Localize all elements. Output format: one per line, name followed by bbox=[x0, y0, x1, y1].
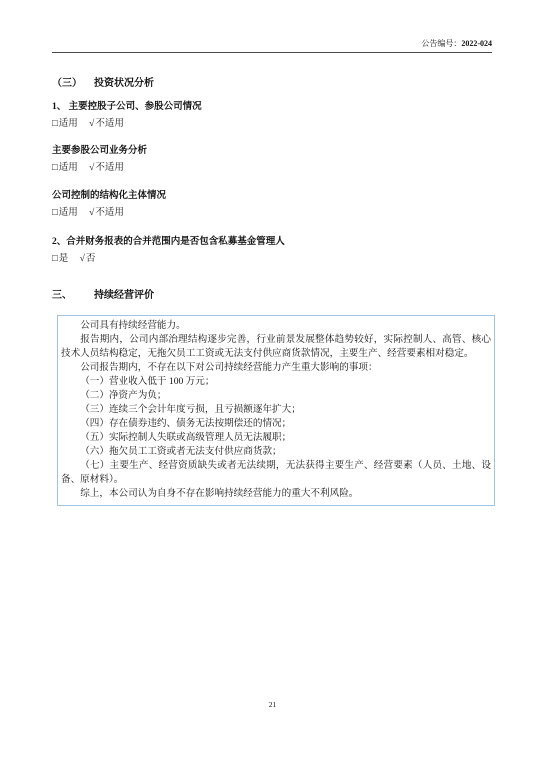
option-applicable: □适用 bbox=[52, 208, 78, 218]
check-icon: √ bbox=[89, 208, 94, 218]
box-paragraph: （七）主要生产、经营资质缺失或者无法续期，无法获得主要生产、经营要素（人员、土地… bbox=[61, 459, 491, 487]
option-label: 不适用 bbox=[95, 163, 124, 173]
section-number: （三） bbox=[52, 77, 94, 90]
option-not-applicable: √不适用 bbox=[89, 208, 124, 218]
item-title-structured-entities: 公司控制的结构化主体情况 bbox=[52, 190, 492, 202]
page-content: 公告编号：2022-024 （三）投资状况分析 1、 主要控股子公司、参股公司情… bbox=[0, 0, 545, 506]
going-concern-box: 公司具有持续经营能力。 报告期内，公司内部治理结构逐步完善，行业前景发展整体趋势… bbox=[57, 315, 495, 506]
check-icon: √ bbox=[89, 119, 94, 129]
yes-no-options-private-fund: □是 √否 bbox=[52, 253, 492, 265]
checkbox-icon: □ bbox=[52, 254, 58, 264]
option-label: 适用 bbox=[59, 119, 78, 129]
item-title-subsidiaries: 1、 主要控股子公司、参股公司情况 bbox=[52, 101, 492, 113]
option-applicable: □适用 bbox=[52, 163, 78, 173]
checkbox-icon: □ bbox=[52, 208, 58, 218]
announcement-number: 公告编号：2022-024 bbox=[52, 38, 492, 53]
section-title: 投资状况分析 bbox=[94, 78, 154, 89]
applicability-options-subsidiaries: □适用 √不适用 bbox=[52, 118, 492, 130]
box-paragraph: 公司报告期内，不存在以下对公司持续经营能力产生重大影响的事项： bbox=[61, 361, 491, 375]
box-paragraph: （三）连续三个会计年度亏损，且亏损额逐年扩大； bbox=[61, 403, 491, 417]
checkbox-icon: □ bbox=[52, 163, 58, 173]
option-no: √否 bbox=[80, 254, 96, 264]
option-label: 不适用 bbox=[95, 208, 124, 218]
option-label: 适用 bbox=[59, 208, 78, 218]
box-paragraph: （六）拖欠员工工资或者无法支付供应商货款； bbox=[61, 445, 491, 459]
option-not-applicable: √不适用 bbox=[89, 119, 124, 129]
section-title: 持续经营评价 bbox=[94, 290, 154, 301]
option-label: 是 bbox=[59, 254, 69, 264]
checkbox-icon: □ bbox=[52, 119, 58, 129]
option-yes: □是 bbox=[52, 254, 68, 264]
option-not-applicable: √不适用 bbox=[89, 163, 124, 173]
applicability-options-investee: □适用 √不适用 bbox=[52, 162, 492, 174]
option-label: 适用 bbox=[59, 163, 78, 173]
section-heading-investment: （三）投资状况分析 bbox=[52, 77, 492, 90]
box-paragraph: （二）净资产为负； bbox=[61, 389, 491, 403]
box-paragraph: （一）营业收入低于 100 万元； bbox=[61, 375, 491, 389]
option-label: 不适用 bbox=[95, 119, 124, 129]
option-label: 否 bbox=[86, 254, 96, 264]
announcement-number-value: 2022-024 bbox=[461, 39, 492, 48]
check-icon: √ bbox=[80, 254, 85, 264]
box-paragraph: （四）存在债券违约、债务无法按期偿还的情况； bbox=[61, 417, 491, 431]
applicability-options-structured: □适用 √不适用 bbox=[52, 207, 492, 219]
box-paragraph: 公司具有持续经营能力。 bbox=[61, 319, 491, 333]
item-title-consolidation-private-fund: 2、合并财务报表的合并范围内是否包含私募基金管理人 bbox=[52, 236, 492, 248]
document-page: 公告编号：2022-024 （三）投资状况分析 1、 主要控股子公司、参股公司情… bbox=[0, 0, 545, 771]
box-paragraph: （五）实际控制人失联或高级管理人员无法履职； bbox=[61, 431, 491, 445]
section-heading-going-concern: 三、持续经营评价 bbox=[52, 289, 492, 302]
check-icon: √ bbox=[89, 163, 94, 173]
box-paragraph: 报告期内，公司内部治理结构逐步完善，行业前景发展整体趋势较好，实际控制人、高管、… bbox=[61, 333, 491, 361]
section-number: 三、 bbox=[52, 289, 94, 302]
box-paragraph: 综上，本公司认为自身不存在影响持续经营能力的重大不利风险。 bbox=[61, 487, 491, 501]
announcement-number-label: 公告编号： bbox=[421, 39, 461, 48]
page-number: 21 bbox=[0, 700, 545, 710]
option-applicable: □适用 bbox=[52, 119, 78, 129]
item-title-investee-business-analysis: 主要参股公司业务分析 bbox=[52, 145, 492, 157]
